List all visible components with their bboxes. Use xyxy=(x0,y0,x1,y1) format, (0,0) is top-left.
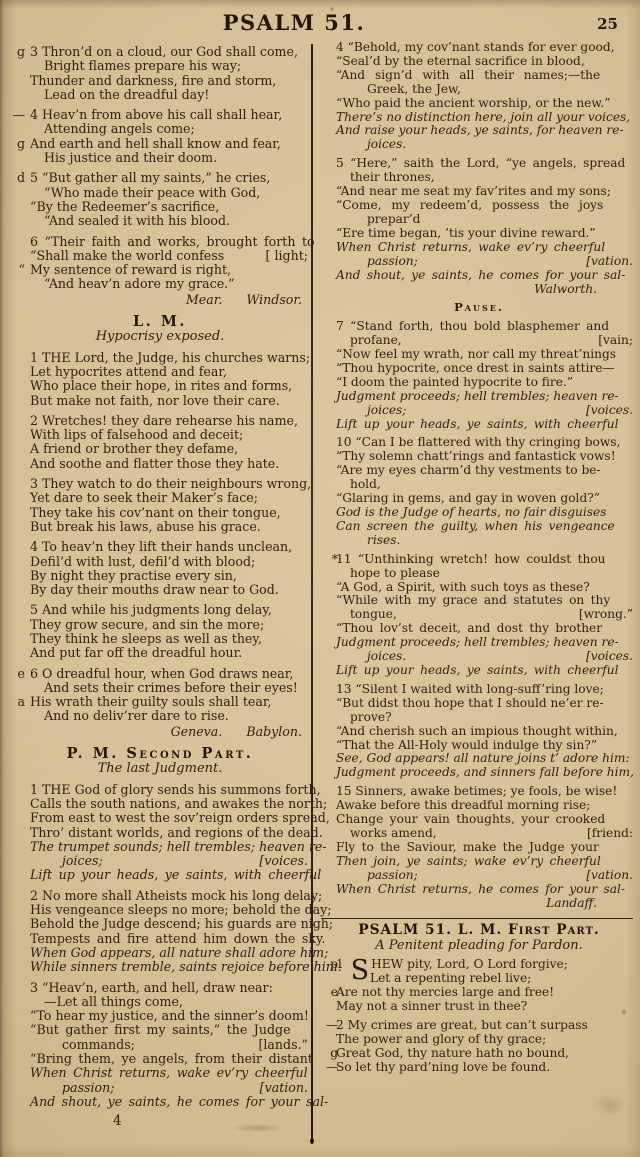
verse-text: By night they practise every sin, xyxy=(30,569,237,583)
stanza: 2 Wretches! they dare rehearse his name,… xyxy=(10,414,310,471)
verse-line: passion;[vation. xyxy=(323,869,635,883)
verse-line: joices.[voices. xyxy=(323,650,635,664)
margin-expression-mark: p xyxy=(323,958,340,972)
verse-text: hope to please xyxy=(350,567,440,581)
verse-line: And shout, ye saints, he comes for your … xyxy=(10,1095,310,1109)
margin-expression-mark: — xyxy=(323,1061,340,1075)
verse-line: Yet dare to seek their Maker’s face; xyxy=(10,491,310,505)
verse-text: “Who paid the ancient worship, or the ne… xyxy=(336,97,610,111)
verse-text: Let a repenting rebel live; xyxy=(370,972,531,986)
bracket-catchword: [vation. xyxy=(586,255,635,269)
verse-line: “Are my eyes charm’d thy vestments to be… xyxy=(323,464,635,478)
verse-text: Lift up your heads, ye saints, with chee… xyxy=(30,868,321,882)
pause-heading: Pause. xyxy=(323,301,635,315)
stanza: 5 “Here,” saith the Lord, “ye angels, sp… xyxy=(323,157,635,282)
verse-text: prove? xyxy=(350,711,392,725)
verse-text: “A God, a Spirit, with such toys as thes… xyxy=(336,581,590,595)
verse-line: Lead on the dreadful day! xyxy=(10,88,310,102)
verse-line: 13 “Silent I waited with long-suff’ring … xyxy=(323,683,635,697)
bracket-catchword: [wrong.” xyxy=(579,608,635,622)
verse-text: Bright flames prepare his way; xyxy=(44,59,241,73)
verse-text: And soothe and flatter those they hate. xyxy=(30,457,279,471)
verse-line: 2 Wretches! they dare rehearse his name, xyxy=(10,414,310,428)
verse-text: “That the All-Holy would indulge thy sin… xyxy=(336,739,597,753)
bracket-catchword: [voices. xyxy=(259,854,310,868)
margin-expression-mark: g xyxy=(10,45,27,59)
verse-text: —Let all things come, xyxy=(44,995,183,1009)
verse-line: Tempests and fire attend him down the sk… xyxy=(10,932,310,946)
verse-line: Behold the Judge descend; his guards are… xyxy=(10,917,310,931)
verse-text: Judgment proceeds; hell trembles; heaven… xyxy=(336,390,619,404)
verse-line: 1 THE God of glory sends his summons for… xyxy=(10,783,310,797)
verse-line: *11 “Unthinking wretch! how couldst thou xyxy=(323,553,635,567)
verse-text: “Seal’d by the eternal sacrifice in bloo… xyxy=(336,55,585,69)
verse-line: their thrones, xyxy=(323,171,635,185)
verse-text: And put far off the dreadful hour. xyxy=(30,646,242,660)
verse-line: Let hypocrites attend and fear, xyxy=(10,365,310,379)
verse-text: “But gather first my saints,” the Judge xyxy=(30,1023,291,1037)
stanza: 6 “Their faith and works, brought forth … xyxy=(10,235,310,292)
verse-text: When Christ returns, wake ev’ry cheerful xyxy=(336,241,605,255)
verse-text: 6 “Their faith and works, brought forth … xyxy=(30,235,315,249)
stanza: e6 O dreadful hour, when God draws near,… xyxy=(10,667,310,724)
verse-line: Then join, ye saints; wake ev’ry cheerfu… xyxy=(323,855,635,869)
verse-line: 4 To heav’n they lift their hands unclea… xyxy=(10,540,310,554)
stanza: d5 “But gather all my saints,” he cries,… xyxy=(10,171,310,228)
verse-line: The power and glory of thy grace; xyxy=(323,1033,635,1047)
verse-line: When Christ returns, wake ev’ry cheerful xyxy=(10,1066,310,1080)
verse-text: Attending angels come; xyxy=(44,122,195,136)
verse-line: “But gather first my saints,” the Judge xyxy=(10,1023,310,1037)
verse-line: 3 They watch to do their neighbours wron… xyxy=(10,477,310,491)
verse-text: They grow secure, and sin the more; xyxy=(30,618,264,632)
verse-line: d5 “But gather all my saints,” he cries, xyxy=(10,171,310,185)
verse-text: passion; xyxy=(367,869,418,883)
verse-line: Who place their hope, in rites and forms… xyxy=(10,379,310,393)
verse-line: “A God, a Spirit, with such toys as thes… xyxy=(323,581,635,595)
verse-line: passion;[vation. xyxy=(10,1081,310,1095)
bracket-catchword: [vation. xyxy=(260,1081,310,1095)
verse-line: tongue,[wrong.” xyxy=(323,608,635,622)
verse-text: prepar’d xyxy=(367,213,420,227)
verse-line: 4 “Behold, my cov’nant stands for ever g… xyxy=(323,41,635,55)
verse-line: With lips of falsehood and deceit; xyxy=(10,428,310,442)
verse-text: “And sign’d with all their names;—the xyxy=(336,69,600,83)
verse-line: And sets their crimes before their eyes! xyxy=(10,681,310,695)
verse-text: Fly to the Saviour, make the Judge your xyxy=(336,841,599,855)
verse-text: See, God appears! all nature joins t’ ad… xyxy=(336,752,630,766)
verse-line: Judgment proceeds, and sinners fall befo… xyxy=(323,766,635,780)
verse-text: A friend or brother they defame, xyxy=(30,442,238,456)
bracket-catchword: [voices. xyxy=(586,404,635,418)
verse-line: Can screen the guilty, when his vengeanc… xyxy=(323,520,635,534)
verse-line: Judgment proceeds; hell trembles; heaven… xyxy=(323,390,635,404)
verse-text: Let hypocrites attend and fear, xyxy=(30,365,227,379)
stanza: 13 “Silent I waited with long-suff’ring … xyxy=(323,683,635,780)
verse-line: gAnd earth and hell shall know and fear, xyxy=(10,137,310,151)
verse-line: hold, xyxy=(323,478,635,492)
verse-text: “Bring them, ye angels, from their dista… xyxy=(30,1052,313,1066)
tune-attribution: Landaff. xyxy=(323,897,635,911)
stanza: 4 To heav’n they lift their hands unclea… xyxy=(10,540,310,597)
verse-line: —4 Heav’n from above his call shall hear… xyxy=(10,108,310,122)
verse-line: Lift up your heads, ye saints, with chee… xyxy=(323,664,635,678)
verse-text: When Christ returns, he comes for your s… xyxy=(336,883,625,897)
verse-line: prepar’d xyxy=(323,213,635,227)
verse-line: Bright flames prepare his way; xyxy=(10,59,310,73)
verse-text: Judgment proceeds; hell trembles; heaven… xyxy=(336,636,619,650)
verse-line: And no deliv’rer dare to rise. xyxy=(10,709,310,723)
verse-line: “And sealed it with his blood. xyxy=(10,214,310,228)
verse-line: A friend or brother they defame, xyxy=(10,442,310,456)
stanza: 15 Sinners, awake betimes; ye fools, be … xyxy=(323,785,635,896)
verse-text: And shout, ye saints, he comes for your … xyxy=(30,1095,328,1109)
verse-text: May not a sinner trust in thee? xyxy=(336,1000,527,1014)
verse-line: Fly to the Saviour, make the Judge your xyxy=(323,841,635,855)
verse-text: “And near me seat my fav’rites and my so… xyxy=(336,185,611,199)
stanza: 2 No more shall Atheists mock his long d… xyxy=(10,889,310,975)
verse-text: By day their mouths draw near to God. xyxy=(30,583,279,597)
stanza: g3 Thron’d on a cloud, our God shall com… xyxy=(10,45,310,102)
verse-line: And put far off the dreadful hour. xyxy=(10,646,310,660)
verse-line: passion;[vation. xyxy=(323,255,635,269)
verse-text: 3 Thron’d on a cloud, our God shall come… xyxy=(30,45,298,59)
verse-line: “But didst thou hope that I should ne’er… xyxy=(323,697,635,711)
margin-expression-mark: — xyxy=(10,108,27,122)
verse-line: gGreat God, thy nature hath no bound, xyxy=(323,1047,635,1061)
verse-text: “And heav’n adore my grace.” xyxy=(44,277,235,291)
margin-expression-mark: d xyxy=(10,171,27,185)
verse-line: Lift up your heads, ye saints, with chee… xyxy=(10,868,310,882)
verse-text: “And sealed it with his blood. xyxy=(44,214,230,228)
bracket-catchword: [ light; xyxy=(266,249,310,263)
verse-line: 15 Sinners, awake betimes; ye fools, be … xyxy=(323,785,635,799)
verse-line: When God appears, all nature shall adore… xyxy=(10,946,310,960)
verse-text: “Thou lov’st deceit, and dost thy brothe… xyxy=(336,622,602,636)
verse-text: “But didst thou hope that I should ne’er… xyxy=(336,697,604,711)
bracket-catchword: [vation. xyxy=(586,869,635,883)
verse-line: But make not faith, nor love their care. xyxy=(10,394,310,408)
verse-text: “To hear my justice, and the sinner’s do… xyxy=(30,1009,309,1023)
verse-line: 5 And while his judgments long delay, xyxy=(10,603,310,617)
verse-line: Awake before this dreadful morning rise; xyxy=(323,799,635,813)
verse-text: tongue, xyxy=(350,608,397,622)
verse-line: 2 No more shall Atheists mock his long d… xyxy=(10,889,310,903)
verse-text: joices. xyxy=(367,138,406,152)
verse-line: 10 “Can I be flattered with thy cringing… xyxy=(323,436,635,450)
margin-expression-mark: g xyxy=(10,137,27,151)
verse-line: 6 “Their faith and works, brought forth … xyxy=(10,235,310,249)
verse-text: joices; xyxy=(62,854,103,868)
verse-line: And shout, ye saints, he comes for your … xyxy=(323,269,635,283)
verse-text: Can screen the guilty, when his vengeanc… xyxy=(336,520,615,534)
verse-line: His justice and their doom. xyxy=(10,151,310,165)
verse-text: commands; xyxy=(62,1038,135,1052)
verse-text: 5 “Here,” saith the Lord, “ye angels, sp… xyxy=(336,157,625,171)
verse-text: With lips of falsehood and deceit; xyxy=(30,428,243,442)
verse-line: “My sentence of reward is right, xyxy=(10,263,310,277)
verse-line: hope to please xyxy=(323,567,635,581)
verse-text: works amend, xyxy=(350,827,437,841)
verse-text: They take his cov’nant on their tongue, xyxy=(30,506,281,520)
hymn-subtitle: Hypocrisy exposed. xyxy=(10,330,310,344)
verse-text: Calls the south nations, and awakes the … xyxy=(30,797,327,811)
verse-text: His wrath their guilty souls shall tear, xyxy=(30,695,272,709)
verse-text: 15 Sinners, awake betimes; ye fools, be … xyxy=(336,785,617,799)
verse-text: 4 Heav’n from above his call shall hear, xyxy=(30,108,282,122)
tune-name: Windsor. xyxy=(246,293,302,307)
verse-text: rises. xyxy=(367,534,400,548)
verse-text: And earth and hell shall know and fear, xyxy=(30,137,281,151)
verse-line: g3 Thron’d on a cloud, our God shall com… xyxy=(10,45,310,59)
verse-text: 13 “Silent I waited with long-suff’ring … xyxy=(336,683,604,697)
verse-text: My sentence of reward is right, xyxy=(30,263,231,277)
stanza: 7 “Stand forth, thou bold blasphemer and… xyxy=(323,320,635,431)
verse-text: 6 O dreadful hour, when God draws near, xyxy=(30,667,293,681)
verse-text: Tempests and fire attend him down the sk… xyxy=(30,932,325,946)
verse-line: joices;[voices. xyxy=(10,854,310,868)
verse-line: “And heav’n adore my grace.” xyxy=(10,277,310,291)
verse-line: God is the Judge of hearts, no fair disg… xyxy=(323,506,635,520)
verse-line: Defil’d with lust, defil’d with blood; xyxy=(10,555,310,569)
verse-text: When God appears, all nature shall adore… xyxy=(30,946,328,960)
verse-text: 5 “But gather all my saints,” he cries, xyxy=(30,171,270,185)
verse-line: —Let all things come, xyxy=(10,995,310,1009)
tune-name: Landaff. xyxy=(546,897,597,911)
margin-expression-mark: g xyxy=(323,1047,340,1061)
verse-text: profane, xyxy=(350,334,402,348)
verse-text: Thunder and darkness, fire and storm, xyxy=(30,74,276,88)
verse-line: “I doom the painted hypocrite to fire.” xyxy=(323,376,635,390)
verse-text: 1 THE God of glory sends his summons for… xyxy=(30,783,321,797)
verse-line: By night they practise every sin, xyxy=(10,569,310,583)
verse-text: “While with my grace and statutes on thy xyxy=(336,594,610,608)
verse-line: Change your vain thoughts, your crooked xyxy=(323,813,635,827)
verse-line: “Glaring in gems, and gay in woven gold?… xyxy=(323,492,635,506)
verse-line: joices. xyxy=(323,138,635,152)
verse-line: “And cherish such an impious thought wit… xyxy=(323,725,635,739)
verse-text: The power and glory of thy grace; xyxy=(336,1033,546,1047)
verse-line: “Who made their peace with God, xyxy=(10,186,310,200)
verse-text: Then join, ye saints; wake ev’ry cheerfu… xyxy=(336,855,601,869)
verse-text: 2 My crimes are great, but can’t surpass xyxy=(336,1019,588,1033)
verse-text: And raise your heads, ye saints, for hea… xyxy=(336,124,624,138)
verse-line: profane,[vain; xyxy=(323,334,635,348)
verse-text: 5 And while his judgments long delay, xyxy=(30,603,272,617)
verse-text: They think he sleeps as well as they, xyxy=(30,632,262,646)
verse-line: works amend,[friend: xyxy=(323,827,635,841)
verse-line: From east to west the sov’reign orders s… xyxy=(10,811,310,825)
verse-line: “By the Redeemer’s sacrifice, xyxy=(10,200,310,214)
verse-text: Are not thy mercies large and free! xyxy=(336,986,554,1000)
verse-line: “And sign’d with all their names;—the xyxy=(323,69,635,83)
verse-line: “Thou hypocrite, once drest in saints at… xyxy=(323,362,635,376)
verse-text: “Are my eyes charm’d thy vestments to be… xyxy=(336,464,601,478)
page-number: 25 xyxy=(597,15,618,33)
verse-text: “Thy solemn chatt’rings and fantastick v… xyxy=(336,450,616,464)
hymn-subtitle: A Penitent pleading for Pardon. xyxy=(323,939,635,953)
verse-line: Lift up your heads, ye saints, with chee… xyxy=(323,418,635,432)
tune-attribution: Mear.Windsor. xyxy=(10,293,310,307)
verse-line: commands;[lands.” xyxy=(10,1038,310,1052)
verse-text: 4 “Behold, my cov’nant stands for ever g… xyxy=(336,41,615,55)
bracket-catchword: [lands.” xyxy=(258,1038,310,1052)
stanza: —4 Heav’n from above his call shall hear… xyxy=(10,108,310,165)
bracket-catchword: [vain; xyxy=(598,334,635,348)
verse-text: HEW pity, Lord, O Lord forgive; xyxy=(371,958,568,972)
stanza: 1 THE Lord, the Judge, his churches warn… xyxy=(10,351,310,408)
verse-line: rises. xyxy=(323,534,635,548)
verse-text: “Come, my redeem’d, possess the joys xyxy=(336,199,603,213)
verse-line: Judgment proceeds; hell trembles; heaven… xyxy=(323,636,635,650)
verse-text: 2 No more shall Atheists mock his long d… xyxy=(30,889,322,903)
verse-text: 7 “Stand forth, thou bold blasphemer and xyxy=(336,320,609,334)
stanza: 5 And while his judgments long delay,The… xyxy=(10,603,310,660)
verse-line: May not a sinner trust in thee? xyxy=(323,1000,635,1014)
verse-line: And raise your heads, ye saints, for hea… xyxy=(323,124,635,138)
verse-line: The trumpet sounds; hell trembles; heave… xyxy=(10,840,310,854)
verse-text: “Shall make the world confess xyxy=(30,249,224,263)
verse-line: —2 My crimes are great, but can’t surpas… xyxy=(323,1019,635,1033)
verse-text: God is the Judge of hearts, no fair disg… xyxy=(336,506,606,520)
verse-text: His vengeance sleeps no more; behold the… xyxy=(30,903,332,917)
verse-text: Change your vain thoughts, your crooked xyxy=(336,813,605,827)
tune-attribution: Walworth. xyxy=(323,283,635,297)
verse-text: The trumpet sounds; hell trembles; heave… xyxy=(30,840,327,854)
verse-line: e6 O dreadful hour, when God draws near, xyxy=(10,667,310,681)
verse-line: Greek, the Jew, xyxy=(323,83,635,97)
verse-line: prove? xyxy=(323,711,635,725)
margin-expression-mark: e xyxy=(323,986,340,1000)
column-left: g3 Thron’d on a cloud, our God shall com… xyxy=(10,45,310,1128)
verse-text: “I doom the painted hypocrite to fire.” xyxy=(336,376,573,390)
book-page: PSALM 51. 25 g3 Thron’d on a cloud, our … xyxy=(0,0,640,1157)
stanza: 10 “Can I be flattered with thy cringing… xyxy=(323,436,635,547)
verse-line: See, God appears! all nature joins t’ ad… xyxy=(323,752,635,766)
verse-line: His vengeance sleeps no more; behold the… xyxy=(10,903,310,917)
tune-name: Mear. xyxy=(186,293,223,307)
verse-line: They take his cov’nant on their tongue, xyxy=(10,506,310,520)
verse-text: 2 Wretches! they dare rehearse his name, xyxy=(30,414,298,428)
verse-text: Judgment proceeds, and sinners fall befo… xyxy=(336,766,634,780)
verse-line: “That the All-Holy would indulge thy sin… xyxy=(323,739,635,753)
margin-expression-mark: — xyxy=(323,1019,340,1033)
verse-text: joices; xyxy=(367,404,406,418)
verse-line: When Christ returns, wake ev’ry cheerful xyxy=(323,241,635,255)
verse-text: 1 THE Lord, the Judge, his churches warn… xyxy=(30,351,310,365)
verse-text: Who place their hope, in rites and forms… xyxy=(30,379,292,393)
margin-expression-mark: “ xyxy=(10,263,27,277)
verse-line: aHis wrath their guilty souls shall tear… xyxy=(10,695,310,709)
tune-name: Babylon. xyxy=(246,725,302,739)
verse-text: 3 “Heav’n, earth, and hell, draw near: xyxy=(30,981,273,995)
verse-text: Behold the Judge descend; his guards are… xyxy=(30,917,333,931)
verse-line: And soothe and flatter those they hate. xyxy=(10,457,310,471)
verse-text: And shout, ye saints, he comes for your … xyxy=(336,269,625,283)
verse-text: passion; xyxy=(367,255,418,269)
hymn-subtitle: The last Judgment. xyxy=(10,762,310,776)
verse-text: And no deliv’rer dare to rise. xyxy=(44,709,229,723)
verse-line: “Shall make the world confess[ light; xyxy=(10,249,310,263)
psalm-heading: PSALM 51. L. M. First Part. xyxy=(323,924,635,938)
verse-text: “Who made their peace with God, xyxy=(44,186,260,200)
verse-line: “Seal’d by the eternal sacrifice in bloo… xyxy=(323,55,635,69)
verse-line: “Ere time began, ’tis your divine reward… xyxy=(323,227,635,241)
verse-line: “To hear my justice, and the sinner’s do… xyxy=(10,1009,310,1023)
verse-line: joices;[voices. xyxy=(323,404,635,418)
verse-line: When Christ returns, he comes for your s… xyxy=(323,883,635,897)
verse-line: eAre not thy mercies large and free! xyxy=(323,986,635,1000)
verse-line: Thunder and darkness, fire and storm, xyxy=(10,74,310,88)
verse-text: And sets their crimes before their eyes! xyxy=(44,681,298,695)
tune-attribution: Geneva.Babylon. xyxy=(10,725,310,739)
verse-line: “Thou lov’st deceit, and dost thy brothe… xyxy=(323,622,635,636)
verse-line: There’s no distinction here, join all yo… xyxy=(323,111,635,125)
meter-heading: L. M. xyxy=(10,315,310,329)
verse-line: “While with my grace and statutes on thy xyxy=(323,594,635,608)
verse-line: “Now feel my wrath, nor call my threat’n… xyxy=(323,348,635,362)
verse-text: “Glaring in gems, and gay in woven gold?… xyxy=(336,492,600,506)
verse-text: “Ere time began, ’tis your divine reward… xyxy=(336,227,596,241)
margin-expression-mark: * xyxy=(323,553,340,567)
verse-text: His justice and their doom. xyxy=(44,151,217,165)
verse-line: While sinners tremble, saints rejoice be… xyxy=(10,960,310,974)
page-title: PSALM 51. xyxy=(0,10,614,35)
verse-line: “Come, my redeem’d, possess the joys xyxy=(323,199,635,213)
verse-text: But break his laws, abuse his grace. xyxy=(30,520,261,534)
verse-text: “By the Redeemer’s sacrifice, xyxy=(30,200,219,214)
tune-name: Walworth. xyxy=(534,283,597,297)
verse-line: Calls the south nations, and awakes the … xyxy=(10,797,310,811)
verse-text: When Christ returns, wake ev’ry cheerful xyxy=(30,1066,308,1080)
verse-text: Lift up your heads, ye saints, with chee… xyxy=(336,664,618,678)
signature-mark: 4 xyxy=(10,1114,310,1128)
verse-text: 3 They watch to do their neighbours wron… xyxy=(30,477,311,491)
stanza: 3 They watch to do their neighbours wron… xyxy=(10,477,310,534)
verse-text: Awake before this dreadful morning rise; xyxy=(336,799,590,813)
verse-text: While sinners tremble, saints rejoice be… xyxy=(30,960,342,974)
verse-text: 10 “Can I be flattered with thy cringing… xyxy=(336,436,620,450)
bracket-catchword: [voices. xyxy=(586,650,635,664)
verse-text: Lift up your heads, ye saints, with chee… xyxy=(336,418,618,432)
bracket-catchword: [friend: xyxy=(587,827,635,841)
verse-line: Let a repenting rebel live; xyxy=(323,972,635,986)
verse-text: Yet dare to seek their Maker’s face; xyxy=(30,491,258,505)
verse-line: “Thy solemn chatt’rings and fantastick v… xyxy=(323,450,635,464)
verse-line: “And near me seat my fav’rites and my so… xyxy=(323,185,635,199)
verse-line: They grow secure, and sin the more; xyxy=(10,618,310,632)
verse-text: joices. xyxy=(367,650,406,664)
verse-text: 4 To heav’n they lift their hands unclea… xyxy=(30,540,292,554)
verse-line: 1 THE Lord, the Judge, his churches warn… xyxy=(10,351,310,365)
stanza: p1 SHEW pity, Lord, O Lord forgive;Let a… xyxy=(323,958,635,1014)
verse-text: hold, xyxy=(350,478,381,492)
verse-line: p1 SHEW pity, Lord, O Lord forgive; xyxy=(323,958,635,972)
verse-text: So let thy pard’ning love be found. xyxy=(336,1061,550,1075)
verse-text: From east to west the sov’reign orders s… xyxy=(30,811,330,825)
verse-line: 7 “Stand forth, thou bold blasphemer and xyxy=(323,320,635,334)
verse-line: Thro’ distant worlds, and regions of the… xyxy=(10,826,310,840)
verse-line: They think he sleeps as well as they, xyxy=(10,632,310,646)
tune-name: Geneva. xyxy=(171,725,223,739)
margin-expression-mark: e xyxy=(10,667,27,681)
verse-text: But make not faith, nor love their care. xyxy=(30,394,280,408)
meter-heading: P. M. Second Part. xyxy=(10,747,310,761)
verse-line: 5 “Here,” saith the Lord, “ye angels, sp… xyxy=(323,157,635,171)
verse-text: 11 “Unthinking wretch! how couldst thou xyxy=(336,553,606,567)
verse-line: But break his laws, abuse his grace. xyxy=(10,520,310,534)
verse-line: 3 “Heav’n, earth, and hell, draw near: xyxy=(10,981,310,995)
